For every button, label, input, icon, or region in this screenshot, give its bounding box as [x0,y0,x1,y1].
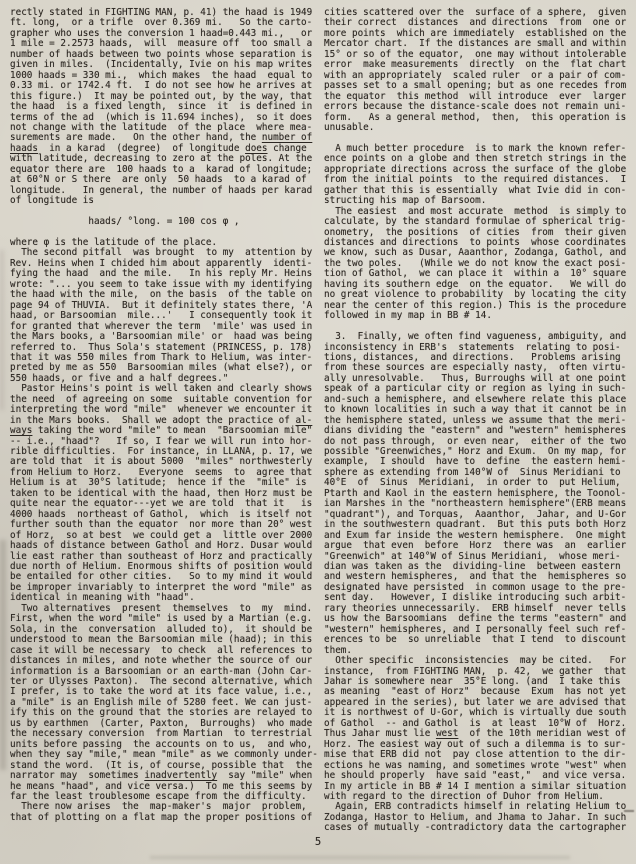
text-line: dians dividing the "eastern" and "wester… [324,426,630,436]
text-line: haads/ °long. = 100 cos φ , [10,217,318,227]
text-line: distances in miles, and note whether the… [10,656,318,666]
text-line: cases of mutually -contradictory data th… [324,823,630,833]
document-page: rectly stated in FIGHTING MAN, p. 41) th… [0,0,636,864]
text-line: ways taking the word "mile" to mean "Bar… [10,426,318,436]
scan-smudge [0,540,6,770]
text-line: calculate, by the standard formulae of s… [324,217,630,227]
text-line: haads of distance between Gathol and Hor… [10,541,318,551]
text-line: erences to be so unreliable that I tend … [324,635,630,645]
text-line: that of plotting on a flat map the prope… [10,813,318,823]
page-number: 5 [308,836,328,848]
scan-smudge [150,856,570,859]
text-line: narrator may sometimes inadvertently say… [10,771,318,781]
right-column: cities scattered over the surface of a s… [324,8,630,834]
text-line: the Mars books, a 'Barsoomian mile' or h… [10,332,318,342]
text-line: errors because the distance-scale does n… [324,102,630,112]
text-line: 3. Finally, we often find vagueness, amb… [324,332,630,342]
text-line: of longitude is [10,196,318,206]
text-line: the haad is a fixed length, since it is … [10,102,318,112]
scan-smudge [0,250,4,410]
text-line: argue that even before Horz there was an… [324,541,630,551]
text-line: he should properly have said "east," and… [324,771,630,781]
text-line: followed in my map in BB # 14. [324,311,630,321]
text-line: Other specific inconsistencies may be ci… [324,656,630,666]
left-column: rectly stated in FIGHTING MAN, p. 41) th… [10,8,318,823]
text-line: unusable. [324,123,630,133]
